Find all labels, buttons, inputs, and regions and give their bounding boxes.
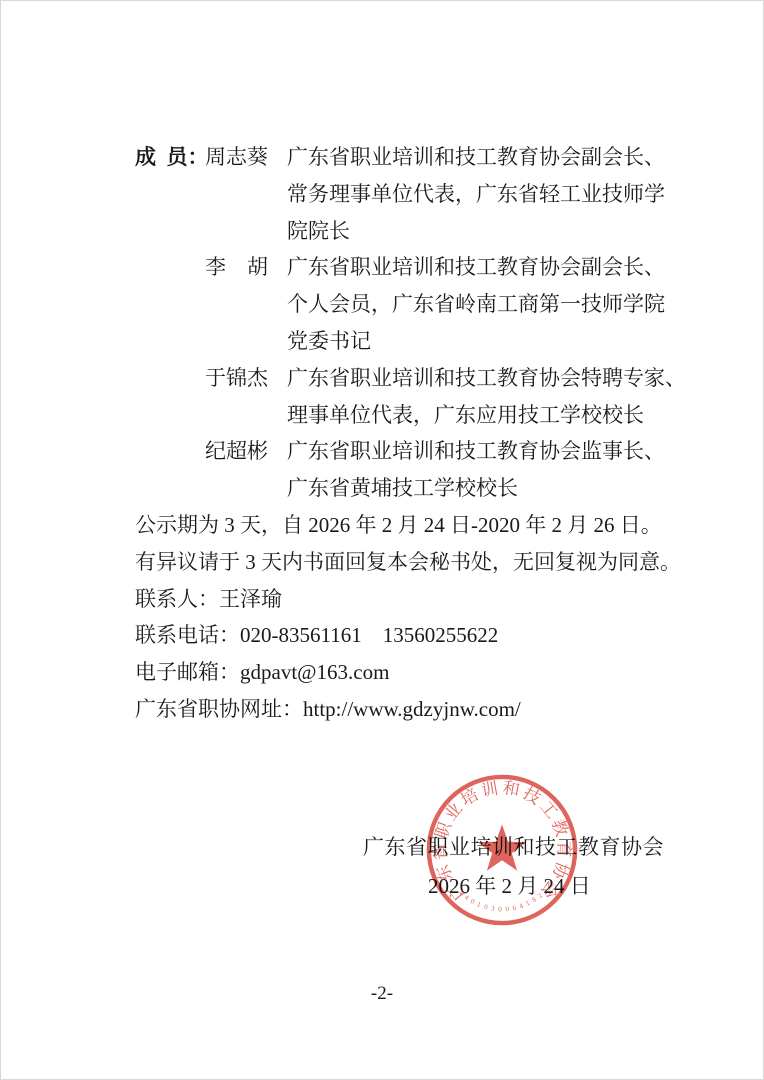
- member-row: 理事单位代表，广东应用技工学校校长: [135, 397, 745, 434]
- member-name: 纪超彬: [205, 433, 287, 470]
- paragraph-row: 有异议请于 3 天内书面回复本会秘书处，无回复视为同意。: [135, 544, 745, 581]
- website-line: 广东省职协网址：http://www.gdzyjnw.com/: [135, 691, 521, 728]
- member-desc-line: 常务理事单位代表，广东省轻工业技师学: [287, 176, 665, 213]
- member-row: 院院长: [135, 213, 745, 250]
- member-row: 广东省黄埔技工学校校长: [135, 470, 745, 507]
- signature-date: 2026 年 2 月 24 日: [428, 874, 591, 898]
- objection-line: 有异议请于 3 天内书面回复本会秘书处，无回复视为同意。: [135, 544, 681, 581]
- paragraph-row: 公示期为 3 天，自 2026 年 2 月 24 日-2020 年 2 月 26…: [135, 507, 745, 544]
- member-row: 党委书记: [135, 323, 745, 360]
- member-desc-line: 广东省职业培训和技工教育协会监事长、: [287, 433, 665, 470]
- notice-period-line: 公示期为 3 天，自 2026 年 2 月 24 日-2020 年 2 月 26…: [135, 507, 662, 544]
- member-row: 纪超彬 广东省职业培训和技工教育协会监事长、: [135, 433, 745, 470]
- member-row: 常务理事单位代表，广东省轻工业技师学: [135, 176, 745, 213]
- paragraph-row: 广东省职协网址：http://www.gdzyjnw.com/: [135, 691, 745, 728]
- contact-person-line: 联系人：王泽瑜: [135, 581, 282, 618]
- member-name: 李 胡: [205, 249, 287, 286]
- member-desc-line: 广东省职业培训和技工教育协会副会长、: [287, 249, 665, 286]
- member-desc-line: 广东省黄埔技工学校校长: [287, 470, 518, 507]
- paragraph-row: 电子邮箱：gdpavt@163.com: [135, 654, 745, 691]
- member-row: 李 胡 广东省职业培训和技工教育协会副会长、: [135, 249, 745, 286]
- member-desc-line: 广东省职业培训和技工教育协会副会长、: [287, 139, 665, 176]
- contact-phone-line: 联系电话：020-83561161 13560255622: [135, 617, 498, 654]
- member-name: 于锦杰: [205, 360, 287, 397]
- paragraph-row: 联系人：王泽瑜: [135, 581, 745, 618]
- member-desc-line: 党委书记: [287, 323, 371, 360]
- paragraph-row: 联系电话：020-83561161 13560255622: [135, 617, 745, 654]
- member-row: 成 员： 周志葵 广东省职业培训和技工教育协会副会长、: [135, 139, 745, 176]
- member-row: 个人会员，广东省岭南工商第一技师学院: [135, 286, 745, 323]
- contact-email-line: 电子邮箱：gdpavt@163.com: [135, 654, 389, 691]
- page-number: -2-: [0, 983, 764, 1005]
- document-page: 成 员： 周志葵 广东省职业培训和技工教育协会副会长、 常务理事单位代表，广东省…: [0, 0, 764, 1080]
- signature-organization: 广东省职业培训和技工教育协会: [363, 835, 664, 859]
- members-label: 成 员：: [135, 139, 205, 176]
- member-desc-line: 院院长: [287, 213, 350, 250]
- member-desc-line: 广东省职业培训和技工教育协会特聘专家、: [287, 360, 686, 397]
- member-desc-line: 理事单位代表，广东应用技工学校校长: [287, 397, 644, 434]
- member-name: 周志葵: [205, 139, 287, 176]
- member-row: 于锦杰 广东省职业培训和技工教育协会特聘专家、: [135, 360, 745, 397]
- document-body: 成 员： 周志葵 广东省职业培训和技工教育协会副会长、 常务理事单位代表，广东省…: [135, 139, 745, 728]
- member-desc-line: 个人会员，广东省岭南工商第一技师学院: [287, 286, 665, 323]
